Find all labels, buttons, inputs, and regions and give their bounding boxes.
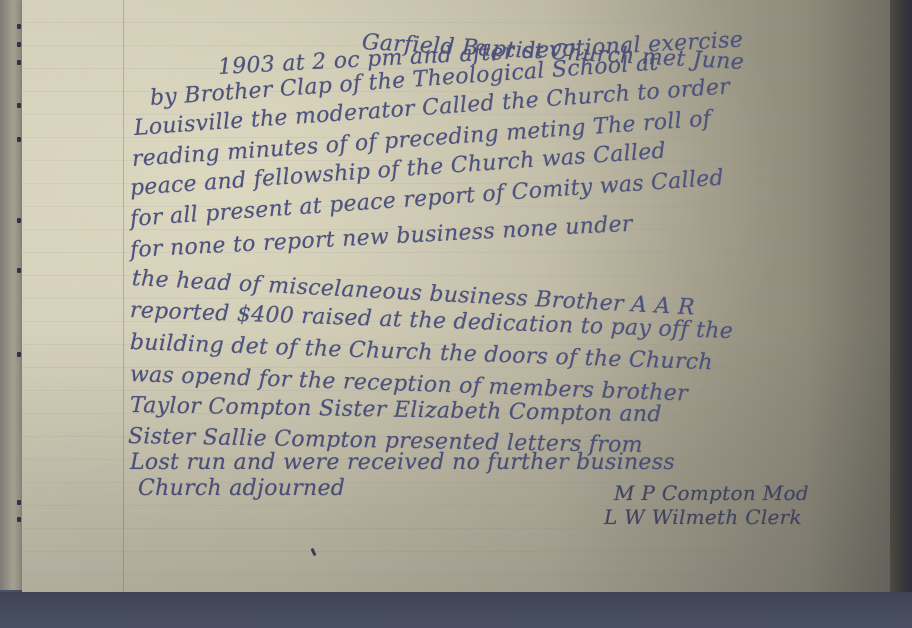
binding-stitch: [17, 218, 21, 223]
binding-stitch: [17, 42, 21, 47]
binding-stitch: [17, 268, 21, 273]
table-surface: [0, 592, 912, 628]
minutes-line-15: Lost run and were received no further bu…: [130, 450, 675, 475]
book-binding: [0, 0, 24, 590]
binding-stitch: [17, 137, 21, 142]
ledger-page: Garfield Baptist Church met June 1903 at…: [22, 0, 894, 592]
binding-stitch: [17, 60, 21, 65]
binding-stitch: [17, 517, 21, 522]
binding-stitch: [17, 500, 21, 505]
photo-scene: Garfield Baptist Church met June 1903 at…: [0, 0, 912, 628]
binding-stitch: [17, 24, 21, 29]
minutes-line-16: Church adjourned: [138, 476, 345, 501]
binding-stitch: [17, 352, 21, 357]
book-edge-right: [890, 0, 912, 600]
moderator-signature: M P Compton Mod: [614, 481, 809, 505]
clerk-signature: L W Wilmeth Clerk: [604, 505, 802, 529]
margin-line: [123, 0, 124, 592]
binding-stitch: [17, 103, 21, 108]
